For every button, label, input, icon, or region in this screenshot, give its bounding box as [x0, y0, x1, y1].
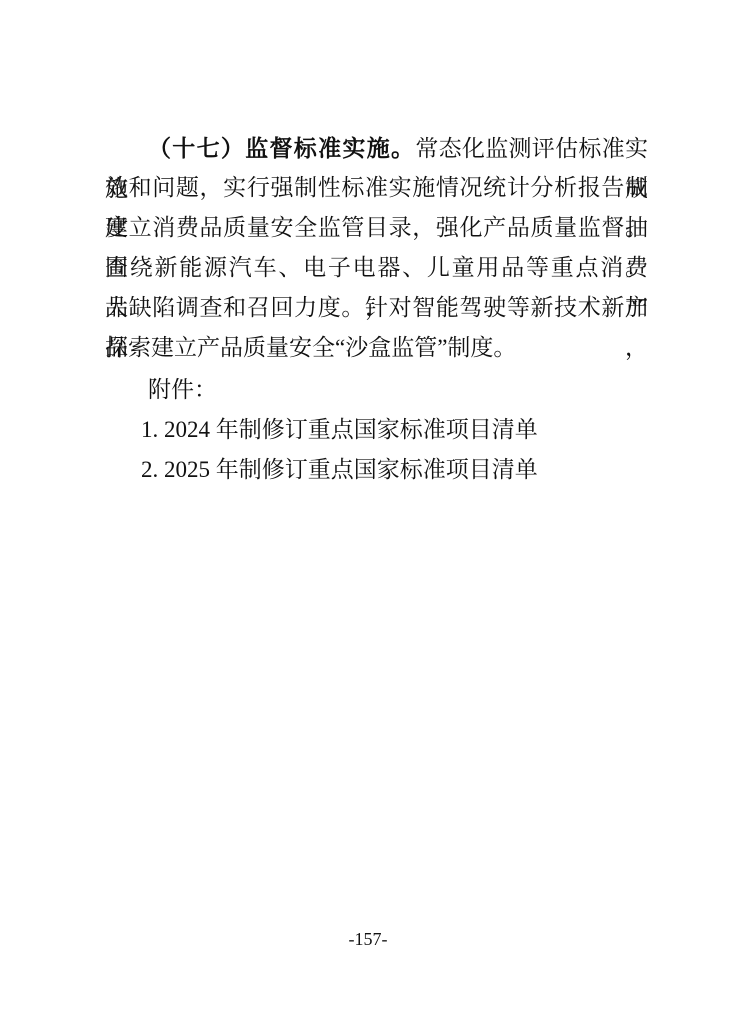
paragraph-line-3: 建立消费品质量安全监管目录，强化产品质量监督抽查。: [105, 208, 648, 248]
paragraph-line-2: 效和问题，实行强制性标准实施情况统计分析报告制度。: [105, 168, 648, 208]
attachment-item-2: 2. 2025 年制修订重点国家标准项目清单: [105, 450, 648, 490]
paragraph-line-4: 围绕新能源汽车、电子电器、儿童用品等重点消费品，加: [105, 248, 648, 288]
attachments-label: 附件：: [105, 370, 648, 410]
document-page: （十七）监督标准实施。常态化监测评估标准实施成 效和问题，实行强制性标准实施情况…: [0, 0, 736, 1009]
section-heading: （十七）监督标准实施。: [148, 135, 415, 161]
document-body: （十七）监督标准实施。常态化监测评估标准实施成 效和问题，实行强制性标准实施情况…: [105, 128, 648, 490]
page-number: -157-: [0, 927, 736, 951]
paragraph-line-1: （十七）监督标准实施。常态化监测评估标准实施成: [105, 128, 648, 168]
attachments-section: 附件： 1. 2024 年制修订重点国家标准项目清单 2. 2025 年制修订重…: [105, 370, 648, 490]
attachment-item-1: 1. 2024 年制修订重点国家标准项目清单: [105, 410, 648, 450]
paragraph-line-5: 大缺陷调查和召回力度。针对智能驾驶等新技术新产品，: [105, 288, 648, 328]
section-17-paragraph: （十七）监督标准实施。常态化监测评估标准实施成 效和问题，实行强制性标准实施情况…: [105, 128, 648, 368]
